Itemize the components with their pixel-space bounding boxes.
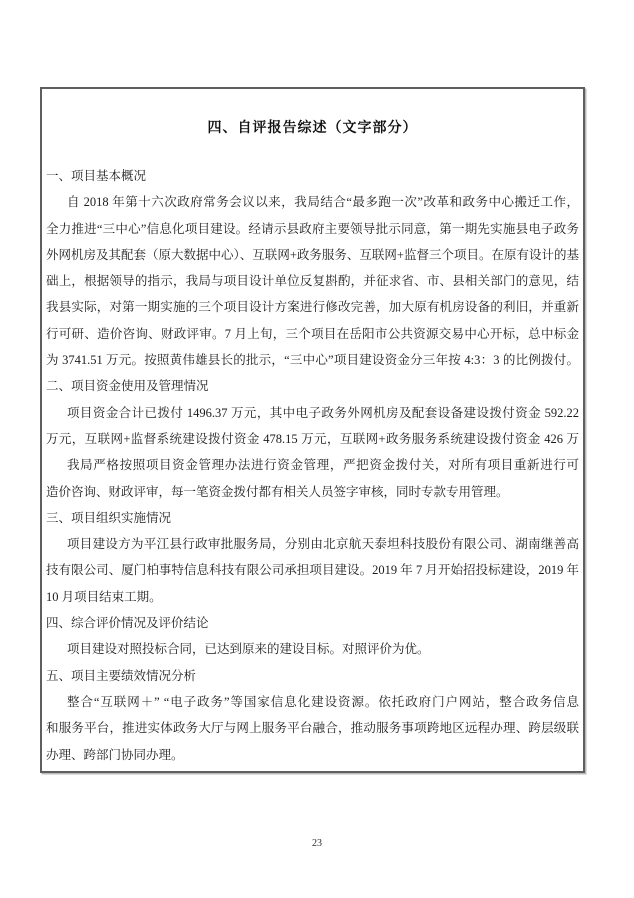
text-line: 我县实际，对第一期实施的三个项目设计方案进行修改完善，加大原有机房设备的利旧，并…: [46, 294, 579, 320]
text-line: 外网机房及其配套（原大数据中心）、互联网+政务服务、互联网+监督三个项目。在原有…: [46, 242, 579, 268]
report-border-box: 四、自评报告综述（文字部分） 一、项目基本概况自 2018 年第十六次政府常务会…: [40, 87, 585, 773]
text-line: 础上，根据领导的指示，我局与项目设计单位反复斟酌，并征求省、市、县相关部门的意见…: [46, 268, 579, 294]
document-page: 四、自评报告综述（文字部分） 一、项目基本概况自 2018 年第十六次政府常务会…: [0, 0, 634, 898]
text-line: 和服务平台，推进实体政务大厅与网上服务平台融合，推动服务事项跨地区远程办理、跨层…: [46, 715, 579, 741]
section-heading: 五、项目主要绩效情况分析: [46, 663, 579, 689]
section-heading: 一、项目基本概况: [46, 163, 579, 189]
report-title: 四、自评报告综述（文字部分）: [42, 117, 583, 137]
text-line: 办理、跨部门协同办理。: [46, 742, 579, 768]
text-line: 技有限公司、厦门柏事特信息科技有限公司承担项目建设。2019 年 7 月开始招投…: [46, 557, 579, 583]
text-line: 项目资金合计已拨付 1496.37 万元，其中电子政务外网机房及配套设备建设拨付…: [46, 400, 579, 426]
text-line: 自 2018 年第十六次政府常务会议以来，我局结合“最多跑一次”改革和政务中心搬…: [46, 189, 579, 215]
text-line: 全力推进“三中心”信息化项目建设。经请示县政府主要领导批示同意，第一期先实施县电…: [46, 216, 579, 242]
text-line: 项目建设方为平江县行政审批服务局，分别由北京航天泰坦科技股份有限公司、湖南继善高…: [46, 531, 579, 557]
text-line: 万元，互联网+监督系统建设拨付资金 478.15 万元，互联网+政务服务系统建设…: [46, 426, 579, 452]
section-heading: 三、项目组织实施情况: [46, 505, 579, 531]
text-line: 为 3741.51 万元。按照黄伟雄县长的批示，“三中心”项目建设资金分三年按 …: [46, 347, 579, 373]
text-line: 10 月项目结束工期。: [46, 584, 579, 610]
text-line: 行可研、造价咨询、财政评审。7 月上旬，三个项目在岳阳市公共资源交易中心开标，总…: [46, 321, 579, 347]
report-content: 一、项目基本概况自 2018 年第十六次政府常务会议以来，我局结合“最多跑一次”…: [42, 163, 583, 768]
section-heading: 四、综合评价情况及评价结论: [46, 610, 579, 636]
section-heading: 二、项目资金使用及管理情况: [46, 373, 579, 399]
text-line: 我局严格按照项目资金管理办法进行资金管理，严把资金拨付关，对所有项目重新进行可研…: [46, 452, 579, 478]
text-line: 项目建设对照投标合同，已达到原来的建设目标。对照评价为优。: [46, 636, 579, 662]
text-line: 整合“互联网＋” “电子政务”等国家信息化建设资源。依托政府门户网站，整合政务信…: [46, 689, 579, 715]
text-line: 造价咨询、财政评审，每一笔资金拨付都有相关人员签字审核，同时专款专用管理。: [46, 479, 579, 505]
page-number: 23: [0, 838, 634, 849]
